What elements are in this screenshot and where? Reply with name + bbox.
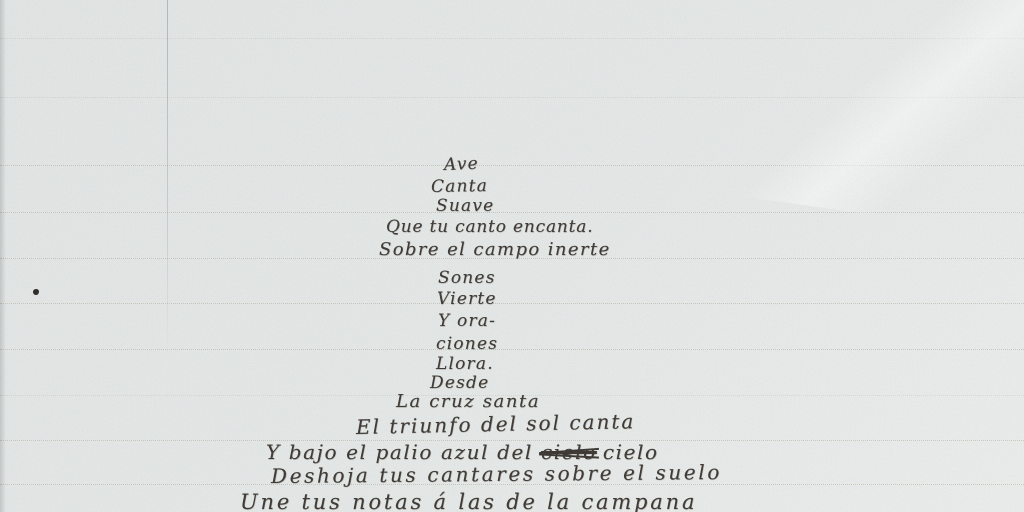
ruled-line — [0, 212, 1024, 213]
ruled-line — [0, 38, 1024, 39]
poem-line-5: Sobre el campo inerte — [379, 239, 611, 260]
poem-line-10: Llora. — [436, 354, 494, 374]
poem-line-12: La cruz santa — [396, 391, 540, 412]
poem-line-14-before: Y bajo el palio azul del — [266, 440, 533, 464]
poem-line-7: Vierte — [437, 289, 497, 309]
poem-line-9: ciones — [436, 334, 498, 354]
poem-line-3: Suave — [436, 196, 494, 216]
paper-crease — [738, 0, 1024, 242]
poem-line-16: Une tus notas á las de la campana — [240, 490, 697, 512]
poem-line-13: El triunfo del sol canta — [356, 409, 636, 439]
poem-line-8: Y ora- — [438, 311, 496, 331]
stray-ink-dot — [33, 289, 39, 295]
ruled-line — [0, 97, 1024, 98]
manuscript-page: Ave Canta Suave Que tu canto encanta. So… — [0, 0, 1024, 512]
poem-line-1: Ave — [444, 154, 480, 175]
poem-line-2: Canta — [431, 176, 488, 197]
paper-fold-line — [167, 0, 168, 360]
ruled-line — [0, 349, 1024, 350]
poem-line-15: Deshoja tus cantares sobre el suelo — [271, 460, 722, 488]
ruled-line — [0, 303, 1024, 304]
ruled-line — [0, 165, 1024, 166]
page-edge-shadow — [0, 0, 6, 512]
poem-line-11: Desde — [430, 373, 489, 393]
poem-line-4: Que tu canto encanta. — [386, 217, 593, 237]
poem-line-6: Sones — [438, 268, 496, 288]
